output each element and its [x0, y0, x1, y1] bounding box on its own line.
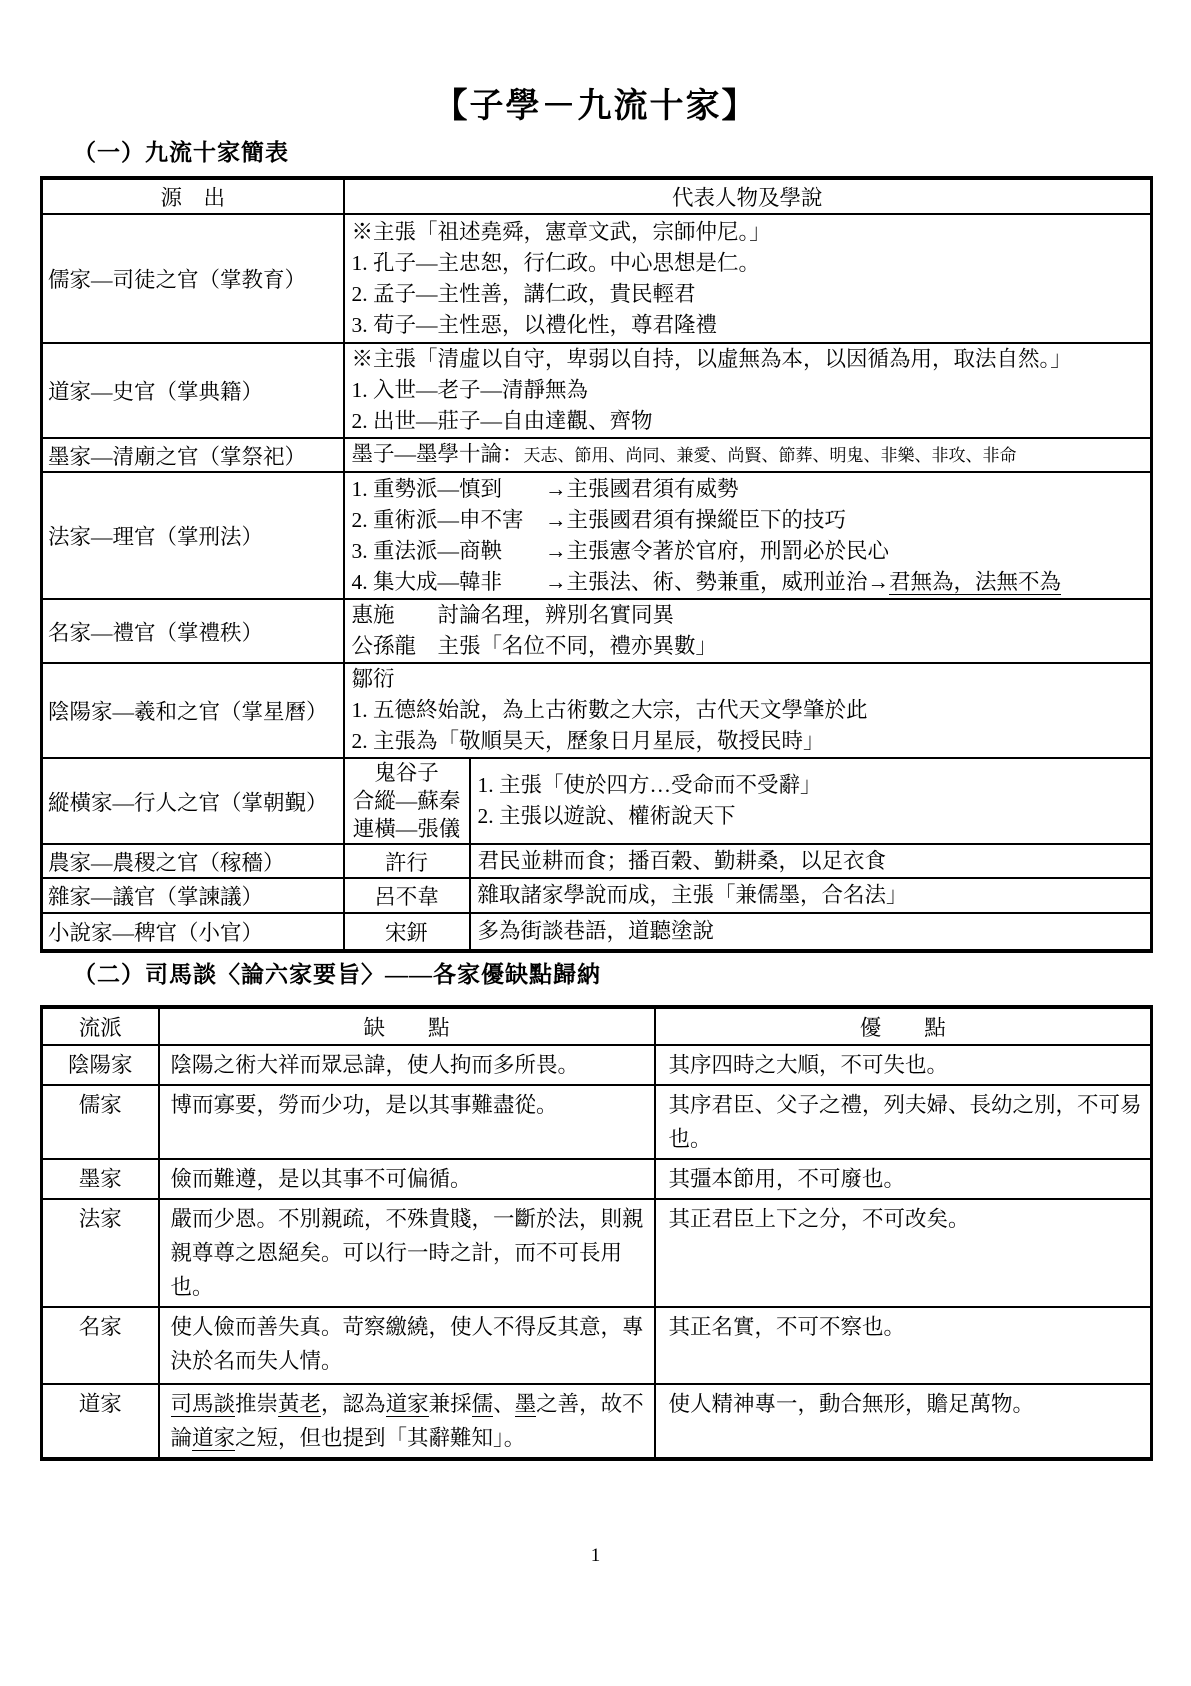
content-line: 2. 主張以遊說、權術說天下 — [478, 801, 1149, 832]
content-line: 1. 孔子—主忠恕，行仁政。中心思想是仁。 — [352, 248, 1149, 279]
cons-cell: 博而寡要，勞而少功，是以其事難盡從。 — [159, 1085, 655, 1159]
row-content-cell: ※主張「祖述堯舜，憲章文武，宗師仲尼。」1. 孔子—主忠恕，行仁政。中心思想是仁… — [344, 214, 1152, 343]
table-row: 道家司馬談推崇黃老，認為道家兼採儒、墨之善，故不論道家之短，但也提到「其辭難知」… — [42, 1384, 1152, 1459]
content-line: 1. 重勢派—慎到 →主張國君須有威勢 — [352, 474, 1149, 505]
person-line: 合縱—蘇秦 — [345, 787, 469, 815]
table-row: 名家使人儉而善失真。苛察繳繞，使人不得反其意，專決於名而失人情。其正名實，不可不… — [42, 1307, 1152, 1384]
table-row: 道家—史官（掌典籍）※主張「清虛以自守，卑弱以自持，以虛無為本，以因循為用，取法… — [42, 343, 1152, 438]
small-text: 天志、節用、尚同、兼愛、尚賢、節葬、明鬼、非樂、非攻、非命 — [524, 446, 1017, 465]
underlined-text: 墨 — [515, 1392, 537, 1417]
section2-heading: （二）司馬談〈論六家要旨〉——各家優缺點歸納 — [73, 956, 601, 989]
row-content-cell: 墨子—墨學十論：天志、節用、尚同、兼愛、尚賢、節葬、明鬼、非樂、非攻、非命 — [344, 438, 1152, 472]
person-line: 鬼谷子 — [345, 759, 469, 787]
pros-cell: 其序四時之大順，不可失也。 — [655, 1045, 1152, 1085]
row-source-cell: 農家—農稷之官（稼穡） — [42, 844, 344, 878]
table-row: 儒家博而寡要，勞而少功，是以其事難盡從。其序君臣、父子之禮，列夫婦、長幼之別，不… — [42, 1085, 1152, 1159]
school-cell: 名家 — [42, 1307, 159, 1384]
text-segment: 兼採 — [429, 1392, 472, 1416]
underlined-text: 黃老 — [278, 1392, 321, 1417]
table-row: 陰陽家—羲和之官（掌星曆）鄒衍1. 五德終始說，為上古術數之大宗，古代天文學肇於… — [42, 663, 1152, 758]
text-segment: ，認為 — [321, 1392, 386, 1416]
school-cell: 儒家 — [42, 1085, 159, 1159]
row-content-cell: 惠施 討論名理，辨別名實同異公孫龍 主張「名位不同，禮亦異數」 — [344, 599, 1152, 663]
underlined-text: 司馬談 — [171, 1392, 236, 1417]
table-row: 墨家—清廟之官（掌祭祀）墨子—墨學十論：天志、節用、尚同、兼愛、尚賢、節葬、明鬼… — [42, 438, 1152, 472]
table-row: 陰陽家陰陽之術大祥而眾忌諱，使人拘而多所畏。其序四時之大順，不可失也。 — [42, 1045, 1152, 1085]
content-line: 2. 出世—莊子—自由達觀、齊物 — [352, 406, 1149, 437]
underlined-text: 儒 — [472, 1392, 494, 1417]
school-cell: 道家 — [42, 1384, 159, 1459]
table2-header-school: 流派 — [42, 1007, 159, 1045]
table-row: 縱橫家—行人之官（掌朝覲）鬼谷子合縱—蘇秦連橫—張儀1. 主張「使於四方…受命而… — [42, 758, 1152, 844]
row-source-cell: 雜家—議官（掌諫議） — [42, 878, 344, 913]
table-row: 名家—禮官（掌禮秩）惠施 討論名理，辨別名實同異公孫龍 主張「名位不同，禮亦異數… — [42, 599, 1152, 663]
document-page: 【子學－九流十家】 （一）九流十家簡表 源 出 代表人物及學說 儒家—司徒之官（… — [0, 0, 1191, 1686]
row-source-cell: 陰陽家—羲和之官（掌星曆） — [42, 663, 344, 758]
underlined-text: 君無為，法無不為 — [889, 570, 1061, 595]
school-cell: 陰陽家 — [42, 1045, 159, 1085]
row-source-cell: 法家—理官（掌刑法） — [42, 472, 344, 599]
row-content-cell: 鄒衍1. 五德終始說，為上古術數之大宗，古代天文學肇於此2. 主張為「敬順昊天，… — [344, 663, 1152, 758]
row-source-cell: 儒家—司徒之官（掌教育） — [42, 214, 344, 343]
content-line: 君民並耕而食；播百穀、勤耕桑，以足衣食 — [478, 846, 1149, 877]
page-title: 【子學－九流十家】 — [0, 78, 1191, 127]
table2-header-cons: 缺 點 — [159, 1007, 655, 1045]
content-line: 公孫龍 主張「名位不同，禮亦異數」 — [352, 631, 1149, 662]
row-person-cell: 宋鈃 — [344, 913, 470, 951]
table2-header-row: 流派 缺 點 優 點 — [42, 1007, 1152, 1045]
table1-header-source: 源 出 — [42, 178, 344, 214]
cons-cell: 儉而難遵，是以其事不可偏循。 — [159, 1159, 655, 1199]
pros-cell: 其正君臣上下之分，不可改矣。 — [655, 1199, 1152, 1307]
underlined-text: 道家 — [192, 1426, 235, 1451]
cons-cell: 嚴而少恩。不別親疏，不殊貴賤，一斷於法，則親親尊尊之恩絕矣。可以行一時之計，而不… — [159, 1199, 655, 1307]
text-segment: 推崇 — [235, 1392, 278, 1416]
page-number: 1 — [0, 1545, 1191, 1567]
row-content-cell: 1. 主張「使於四方…受命而不受辭」2. 主張以遊說、權術說天下 — [470, 758, 1152, 844]
text-segment: 墨子—墨學十論： — [352, 442, 524, 466]
content-line: ※主張「清虛以自守，卑弱以自持，以虛無為本，以因循為用，取法自然。」 — [352, 344, 1149, 375]
underlined-text: 道家 — [386, 1392, 429, 1417]
cons-cell: 司馬談推崇黃老，認為道家兼採儒、墨之善，故不論道家之短，但也提到「其辭難知」。 — [159, 1384, 655, 1459]
text-segment: 、 — [493, 1392, 515, 1416]
content-line: 墨子—墨學十論：天志、節用、尚同、兼愛、尚賢、節葬、明鬼、非樂、非攻、非命 — [352, 439, 1149, 471]
school-cell: 墨家 — [42, 1159, 159, 1199]
row-source-cell: 道家—史官（掌典籍） — [42, 343, 344, 438]
content-line: 2. 主張為「敬順昊天，歷象日月星辰，敬授民時」 — [352, 726, 1149, 757]
content-line: 多為街談巷語，道聽塗說 — [478, 916, 1149, 947]
content-line: ※主張「祖述堯舜，憲章文武，宗師仲尼。」 — [352, 217, 1149, 248]
table-row: 小說家—稗官（小官）宋鈃多為街談巷語，道聽塗說 — [42, 913, 1152, 951]
schools-overview-table: 源 出 代表人物及學說 儒家—司徒之官（掌教育）※主張「祖述堯舜，憲章文武，宗師… — [40, 176, 1153, 953]
table2-header-pros: 優 點 — [655, 1007, 1152, 1045]
content-line: 2. 重術派—申不害 →主張國君須有操縱臣下的技巧 — [352, 505, 1149, 536]
table-row: 農家—農稷之官（稼穡）許行君民並耕而食；播百穀、勤耕桑，以足衣食 — [42, 844, 1152, 878]
row-content-cell: 君民並耕而食；播百穀、勤耕桑，以足衣食 — [470, 844, 1152, 878]
content-line: 惠施 討論名理，辨別名實同異 — [352, 600, 1149, 631]
content-line: 2. 孟子—主性善，講仁政，貴民輕君 — [352, 279, 1149, 310]
pros-cell: 其正名實，不可不察也。 — [655, 1307, 1152, 1384]
content-line: 3. 荀子—主性惡，以禮化性，尊君隆禮 — [352, 310, 1149, 341]
table1-header-representatives: 代表人物及學說 — [344, 178, 1152, 214]
row-source-cell: 縱橫家—行人之官（掌朝覲） — [42, 758, 344, 844]
table1-header-row: 源 出 代表人物及學說 — [42, 178, 1152, 214]
table-row: 墨家儉而難遵，是以其事不可偏循。其彊本節用，不可廢也。 — [42, 1159, 1152, 1199]
row-person-cell: 呂不韋 — [344, 878, 470, 913]
pros-cell: 其彊本節用，不可廢也。 — [655, 1159, 1152, 1199]
row-source-cell: 名家—禮官（掌禮秩） — [42, 599, 344, 663]
text-segment: 4. 集大成—韓非 →主張法、術、勢兼重，威刑並治→ — [352, 570, 890, 594]
table-row: 法家—理官（掌刑法）1. 重勢派—慎到 →主張國君須有威勢2. 重術派—申不害 … — [42, 472, 1152, 599]
table-row: 雜家—議官（掌諫議）呂不韋雜取諸家學說而成，主張「兼儒墨，合名法」 — [42, 878, 1152, 913]
person-line: 連橫—張儀 — [345, 815, 469, 843]
content-line: 4. 集大成—韓非 →主張法、術、勢兼重，威刑並治→君無為，法無不為 — [352, 567, 1149, 598]
content-line: 雜取諸家學說而成，主張「兼儒墨，合名法」 — [478, 880, 1149, 911]
content-line: 鄒衍 — [352, 664, 1149, 695]
content-line: 1. 入世—老子—清靜無為 — [352, 375, 1149, 406]
cons-cell: 使人儉而善失真。苛察繳繞，使人不得反其意，專決於名而失人情。 — [159, 1307, 655, 1384]
table-row: 儒家—司徒之官（掌教育）※主張「祖述堯舜，憲章文武，宗師仲尼。」1. 孔子—主忠… — [42, 214, 1152, 343]
row-person-cell: 許行 — [344, 844, 470, 878]
table-row: 法家嚴而少恩。不別親疏，不殊貴賤，一斷於法，則親親尊尊之恩絕矣。可以行一時之計，… — [42, 1199, 1152, 1307]
pros-cell: 使人精神專一，動合無形，贍足萬物。 — [655, 1384, 1152, 1459]
school-cell: 法家 — [42, 1199, 159, 1307]
cons-cell: 陰陽之術大祥而眾忌諱，使人拘而多所畏。 — [159, 1045, 655, 1085]
content-line: 1. 主張「使於四方…受命而不受辭」 — [478, 770, 1149, 801]
row-source-cell: 小說家—稗官（小官） — [42, 913, 344, 951]
pros-cell: 其序君臣、父子之禮，列夫婦、長幼之別，不可易也。 — [655, 1085, 1152, 1159]
row-source-cell: 墨家—清廟之官（掌祭祀） — [42, 438, 344, 472]
row-content-cell: 1. 重勢派—慎到 →主張國君須有威勢2. 重術派—申不害 →主張國君須有操縱臣… — [344, 472, 1152, 599]
text-segment: 之短，但也提到「其辭難知」。 — [235, 1426, 525, 1450]
section1-heading: （一）九流十家簡表 — [73, 134, 289, 167]
row-content-cell: 雜取諸家學說而成，主張「兼儒墨，合名法」 — [470, 878, 1152, 913]
pros-cons-table: 流派 缺 點 優 點 陰陽家陰陽之術大祥而眾忌諱，使人拘而多所畏。其序四時之大順… — [40, 1005, 1153, 1461]
row-content-cell: 多為街談巷語，道聽塗說 — [470, 913, 1152, 951]
row-person-cell: 鬼谷子合縱—蘇秦連橫—張儀 — [344, 758, 470, 844]
content-line: 1. 五德終始說，為上古術數之大宗，古代天文學肇於此 — [352, 695, 1149, 726]
row-content-cell: ※主張「清虛以自守，卑弱以自持，以虛無為本，以因循為用，取法自然。」1. 入世—… — [344, 343, 1152, 438]
content-line: 3. 重法派—商鞅 →主張憲令著於官府，刑罰必於民心 — [352, 536, 1149, 567]
